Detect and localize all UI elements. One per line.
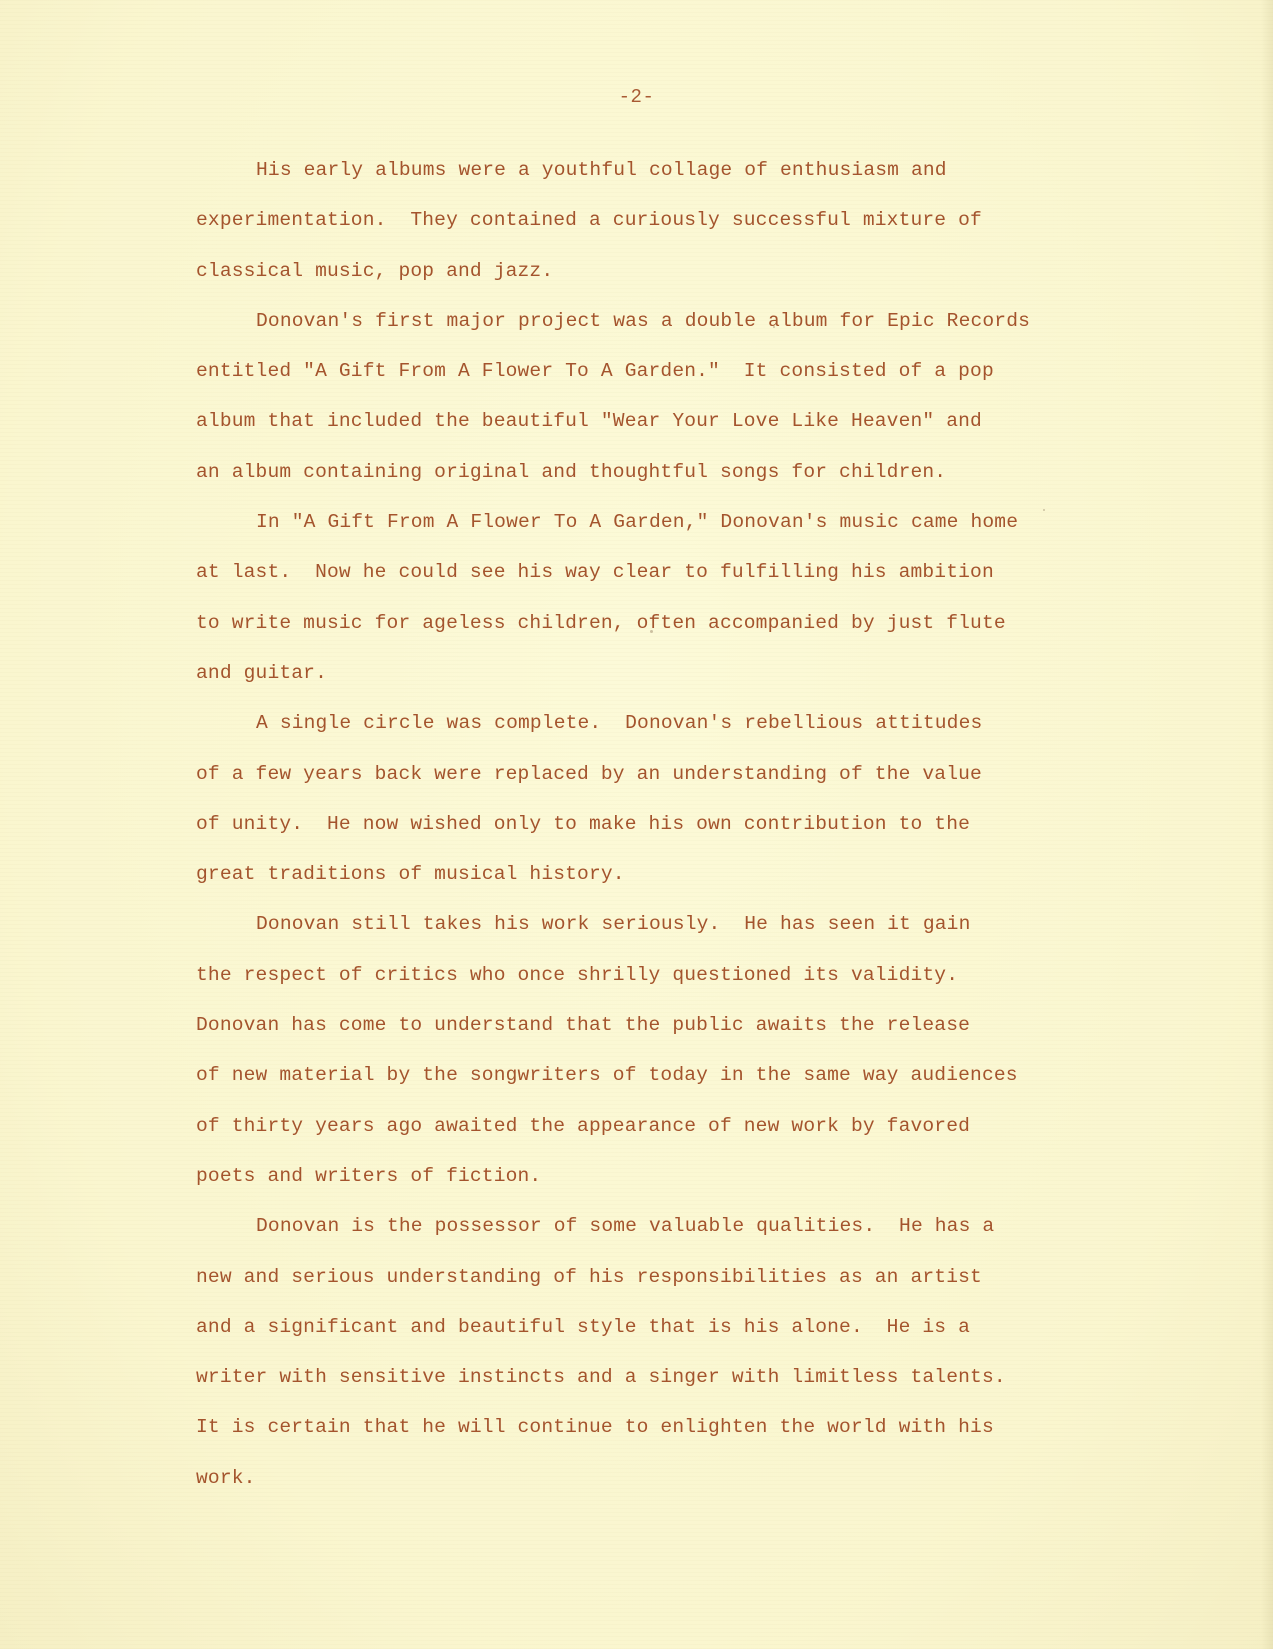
paragraph-3-line-1: In "A Gift From A Flower To A Garden," D… xyxy=(196,509,1096,559)
paragraph-5-line-1: Donovan still takes his work seriously. … xyxy=(196,911,1096,961)
paper-edge-shadow xyxy=(1261,0,1273,1649)
paragraph-5-line-5: of thirty years ago awaited the appearan… xyxy=(196,1113,1096,1163)
paragraph-5-line-2: the respect of critics who once shrilly … xyxy=(196,962,1096,1012)
paragraph-3-line-2: at last. Now he could see his way clear … xyxy=(196,559,1096,609)
paragraph-6-line-2: new and serious understanding of his res… xyxy=(196,1264,1096,1314)
paragraph-6-line-1: Donovan is the possessor of some valuabl… xyxy=(196,1213,1096,1263)
paragraph-6-line-4: writer with sensitive instincts and a si… xyxy=(196,1364,1096,1414)
paragraph-3-line-3: to write music for ageless children, oft… xyxy=(196,610,1096,660)
paragraph-5-line-3: Donovan has come to understand that the … xyxy=(196,1012,1096,1062)
paper-speck xyxy=(773,326,775,328)
paragraph-3-line-4: and guitar. xyxy=(196,660,1096,710)
paragraph-4-line-1: A single circle was complete. Donovan's … xyxy=(196,710,1096,760)
paragraph-1-line-2: experimentation. They contained a curiou… xyxy=(196,207,1096,257)
paragraph-4-line-3: of unity. He now wished only to make his… xyxy=(196,811,1096,861)
paragraph-6-line-5: It is certain that he will continue to e… xyxy=(196,1414,1096,1464)
paragraph-4-line-2: of a few years back were replaced by an … xyxy=(196,761,1096,811)
typed-page: -2- His early albums were a youthful col… xyxy=(0,0,1273,1649)
paragraph-6-line-6: work. xyxy=(196,1465,1096,1515)
paragraph-2-line-3: album that included the beautiful "Wear … xyxy=(196,408,1096,458)
body-text: His early albums were a youthful collage… xyxy=(196,157,1096,1515)
paragraph-4-line-4: great traditions of musical history. xyxy=(196,861,1096,911)
paragraph-6-line-3: and a significant and beautiful style th… xyxy=(196,1314,1096,1364)
paper-speck xyxy=(650,630,653,633)
paragraph-5-line-4: of new material by the songwriters of to… xyxy=(196,1062,1096,1112)
paragraph-2-line-1: Donovan's first major project was a doub… xyxy=(196,308,1096,358)
paragraph-2-line-4: an album containing original and thought… xyxy=(196,459,1096,509)
paragraph-5-line-6: poets and writers of fiction. xyxy=(196,1163,1096,1213)
paragraph-2-line-2: entitled "A Gift From A Flower To A Gard… xyxy=(196,358,1096,408)
page-number: -2- xyxy=(0,86,1273,108)
paragraph-1-line-3: classical music, pop and jazz. xyxy=(196,258,1096,308)
paragraph-1-line-1: His early albums were a youthful collage… xyxy=(196,157,1096,207)
paper-speck xyxy=(1043,509,1045,511)
